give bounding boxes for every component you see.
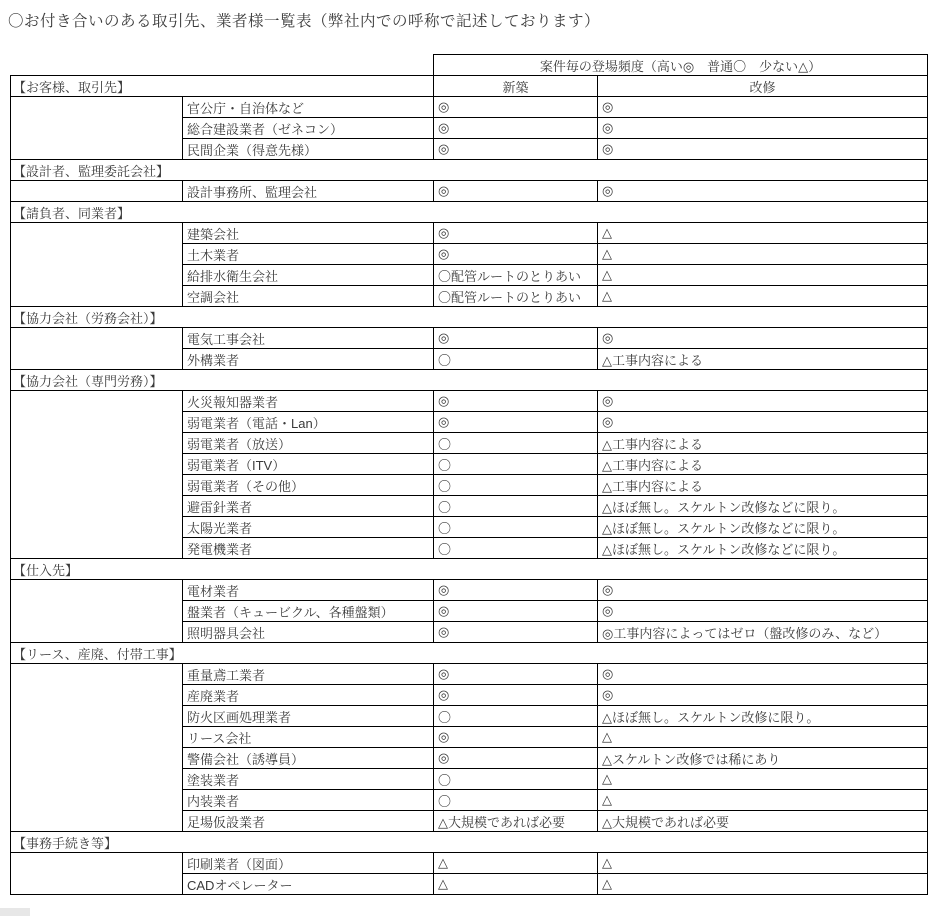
partner-name-cell: 設計事務所、監理会社: [183, 181, 434, 202]
table-row: 重量鳶工業者◎◎: [11, 664, 928, 685]
table-row: 【リース、産廃、付帯工事】: [11, 643, 928, 664]
new-build-value-cell: ◎: [434, 622, 598, 643]
table-row: 建築会社◎△: [11, 223, 928, 244]
new-build-value-cell: ◎: [434, 181, 598, 202]
partner-name-cell: 重量鳶工業者: [183, 664, 434, 685]
table-row: 官公庁・自治体など◎◎: [11, 97, 928, 118]
new-build-value-cell: ◎: [434, 412, 598, 433]
partner-name-cell: 弱電業者（電話・Lan）: [183, 412, 434, 433]
renovation-value-cell: ◎: [598, 118, 928, 139]
renovation-value-cell: △: [598, 874, 928, 895]
renovation-value-cell: ◎: [598, 412, 928, 433]
partner-name-cell: CADオペレーター: [183, 874, 434, 895]
renovation-value-cell: △ほぼ無し。スケルトン改修などに限り。: [598, 538, 928, 559]
partner-name-cell: 産廃業者: [183, 685, 434, 706]
category-cell: 【請負者、同業者】: [11, 202, 928, 223]
document-page: 〇お付き合いのある取引先、業者様一覧表（弊社内での呼称で記述しております） 案件…: [0, 0, 946, 917]
new-build-value-cell: ◎: [434, 97, 598, 118]
partner-name-cell: 照明器具会社: [183, 622, 434, 643]
renovation-value-cell: △スケルトン改修では稀にあり: [598, 748, 928, 769]
renovation-value-cell: △ほぼ無し。スケルトン改修などに限り。: [598, 496, 928, 517]
section-spacer-cell: [11, 328, 183, 370]
partner-name-cell: 給排水衛生会社: [183, 265, 434, 286]
renovation-value-cell: ◎: [598, 328, 928, 349]
partners-table-body: 案件毎の登場頻度（高い◎ 普通〇 少ない△）【お客様、取引先】新築改修官公庁・自…: [11, 55, 928, 895]
partner-name-cell: 火災報知器業者: [183, 391, 434, 412]
category-cell: 【事務手続き等】: [11, 832, 928, 853]
new-build-value-cell: 〇: [434, 517, 598, 538]
table-row: 【仕入先】: [11, 559, 928, 580]
table-row: 設計事務所、監理会社◎◎: [11, 181, 928, 202]
new-build-value-cell: 〇: [434, 706, 598, 727]
renovation-value-cell: ◎: [598, 664, 928, 685]
partner-name-cell: 電気工事会社: [183, 328, 434, 349]
table-row: 電材業者◎◎: [11, 580, 928, 601]
partner-name-cell: 足場仮設業者: [183, 811, 434, 832]
renovation-value-cell: ◎: [598, 580, 928, 601]
partners-table: 案件毎の登場頻度（高い◎ 普通〇 少ない△）【お客様、取引先】新築改修官公庁・自…: [10, 54, 928, 895]
new-build-value-cell: ◎: [434, 685, 598, 706]
section-spacer-cell: [11, 664, 183, 832]
new-build-value-cell: 〇配管ルートのとりあい: [434, 265, 598, 286]
category-cell: 【仕入先】: [11, 559, 928, 580]
new-build-value-cell: 〇: [434, 475, 598, 496]
new-build-value-cell: △: [434, 853, 598, 874]
renovation-value-cell: △: [598, 853, 928, 874]
category-cell: 【設計者、監理委託会社】: [11, 160, 928, 181]
partner-name-cell: 発電機業者: [183, 538, 434, 559]
new-build-value-cell: 〇: [434, 433, 598, 454]
new-build-value-cell: △: [434, 874, 598, 895]
renovation-value-cell: △工事内容による: [598, 433, 928, 454]
partner-name-cell: 建築会社: [183, 223, 434, 244]
renovation-value-cell: △: [598, 727, 928, 748]
partner-name-cell: 民間企業（得意先様）: [183, 139, 434, 160]
bottom-left-artifact: [0, 908, 30, 916]
partner-name-cell: 外構業者: [183, 349, 434, 370]
new-build-value-cell: ◎: [434, 664, 598, 685]
new-build-value-cell: 〇: [434, 769, 598, 790]
new-build-value-cell: ◎: [434, 223, 598, 244]
partner-name-cell: 弱電業者（放送）: [183, 433, 434, 454]
partner-name-cell: 弱電業者（ITV）: [183, 454, 434, 475]
partner-name-cell: 塗装業者: [183, 769, 434, 790]
renovation-value-cell: △: [598, 286, 928, 307]
new-build-value-cell: ◎: [434, 727, 598, 748]
header-left-gap: [11, 55, 434, 76]
partner-name-cell: 内装業者: [183, 790, 434, 811]
table-row: 【設計者、監理委託会社】: [11, 160, 928, 181]
table-row: 電気工事会社◎◎: [11, 328, 928, 349]
table-row: 案件毎の登場頻度（高い◎ 普通〇 少ない△）: [11, 55, 928, 76]
section-spacer-cell: [11, 223, 183, 307]
partner-name-cell: 警備会社（誘導員）: [183, 748, 434, 769]
new-build-value-cell: ◎: [434, 118, 598, 139]
category-cell: 【リース、産廃、付帯工事】: [11, 643, 928, 664]
renovation-value-cell: △ほぼ無し。スケルトン改修に限り。: [598, 706, 928, 727]
new-build-value-cell: 〇: [434, 790, 598, 811]
section-spacer-cell: [11, 181, 183, 202]
renovation-value-cell: ◎工事内容によってはゼロ（盤改修のみ、など）: [598, 622, 928, 643]
new-build-value-cell: 〇: [434, 349, 598, 370]
new-build-value-cell: △大規模であれば必要: [434, 811, 598, 832]
new-build-value-cell: ◎: [434, 328, 598, 349]
partner-name-cell: 防火区画処理業者: [183, 706, 434, 727]
partner-name-cell: 弱電業者（その他）: [183, 475, 434, 496]
category-cell: 【協力会社（労務会社）】: [11, 307, 928, 328]
column-header-new-build: 新築: [434, 76, 598, 97]
partner-name-cell: 電材業者: [183, 580, 434, 601]
renovation-value-cell: ◎: [598, 139, 928, 160]
new-build-value-cell: 〇: [434, 496, 598, 517]
partner-name-cell: 土木業者: [183, 244, 434, 265]
renovation-value-cell: △: [598, 769, 928, 790]
section-spacer-cell: [11, 853, 183, 895]
table-row: 【お客様、取引先】新築改修: [11, 76, 928, 97]
partner-name-cell: 太陽光業者: [183, 517, 434, 538]
new-build-value-cell: 〇: [434, 538, 598, 559]
table-row: 火災報知器業者◎◎: [11, 391, 928, 412]
partner-name-cell: 空調会社: [183, 286, 434, 307]
new-build-value-cell: ◎: [434, 748, 598, 769]
table-row: 印刷業者（図面）△△: [11, 853, 928, 874]
partner-name-cell: 盤業者（キュービクル、各種盤類）: [183, 601, 434, 622]
partner-name-cell: 印刷業者（図面）: [183, 853, 434, 874]
renovation-value-cell: ◎: [598, 97, 928, 118]
renovation-value-cell: △: [598, 244, 928, 265]
section-spacer-cell: [11, 97, 183, 160]
renovation-value-cell: △工事内容による: [598, 349, 928, 370]
new-build-value-cell: ◎: [434, 601, 598, 622]
new-build-value-cell: 〇配管ルートのとりあい: [434, 286, 598, 307]
partner-name-cell: 総合建設業者（ゼネコン）: [183, 118, 434, 139]
new-build-value-cell: ◎: [434, 391, 598, 412]
renovation-value-cell: △工事内容による: [598, 454, 928, 475]
category-cell: 【お客様、取引先】: [11, 76, 434, 97]
column-header-renovation: 改修: [598, 76, 928, 97]
section-spacer-cell: [11, 580, 183, 643]
new-build-value-cell: ◎: [434, 244, 598, 265]
renovation-value-cell: △大規模であれば必要: [598, 811, 928, 832]
section-spacer-cell: [11, 391, 183, 559]
renovation-value-cell: ◎: [598, 391, 928, 412]
partner-name-cell: リース会社: [183, 727, 434, 748]
table-row: 【請負者、同業者】: [11, 202, 928, 223]
renovation-value-cell: △ほぼ無し。スケルトン改修などに限り。: [598, 517, 928, 538]
page-title: 〇お付き合いのある取引先、業者様一覧表（弊社内での呼称で記述しております）: [8, 9, 600, 31]
frequency-legend-header: 案件毎の登場頻度（高い◎ 普通〇 少ない△）: [434, 55, 928, 76]
partner-name-cell: 官公庁・自治体など: [183, 97, 434, 118]
renovation-value-cell: △工事内容による: [598, 475, 928, 496]
new-build-value-cell: 〇: [434, 454, 598, 475]
new-build-value-cell: ◎: [434, 580, 598, 601]
new-build-value-cell: ◎: [434, 139, 598, 160]
table-row: 【協力会社（労務会社）】: [11, 307, 928, 328]
renovation-value-cell: ◎: [598, 685, 928, 706]
category-cell: 【協力会社（専門労務）】: [11, 370, 928, 391]
renovation-value-cell: △: [598, 223, 928, 244]
partner-name-cell: 避雷針業者: [183, 496, 434, 517]
renovation-value-cell: △: [598, 790, 928, 811]
renovation-value-cell: △: [598, 265, 928, 286]
renovation-value-cell: ◎: [598, 601, 928, 622]
renovation-value-cell: ◎: [598, 181, 928, 202]
table-row: 【事務手続き等】: [11, 832, 928, 853]
table-row: 【協力会社（専門労務）】: [11, 370, 928, 391]
